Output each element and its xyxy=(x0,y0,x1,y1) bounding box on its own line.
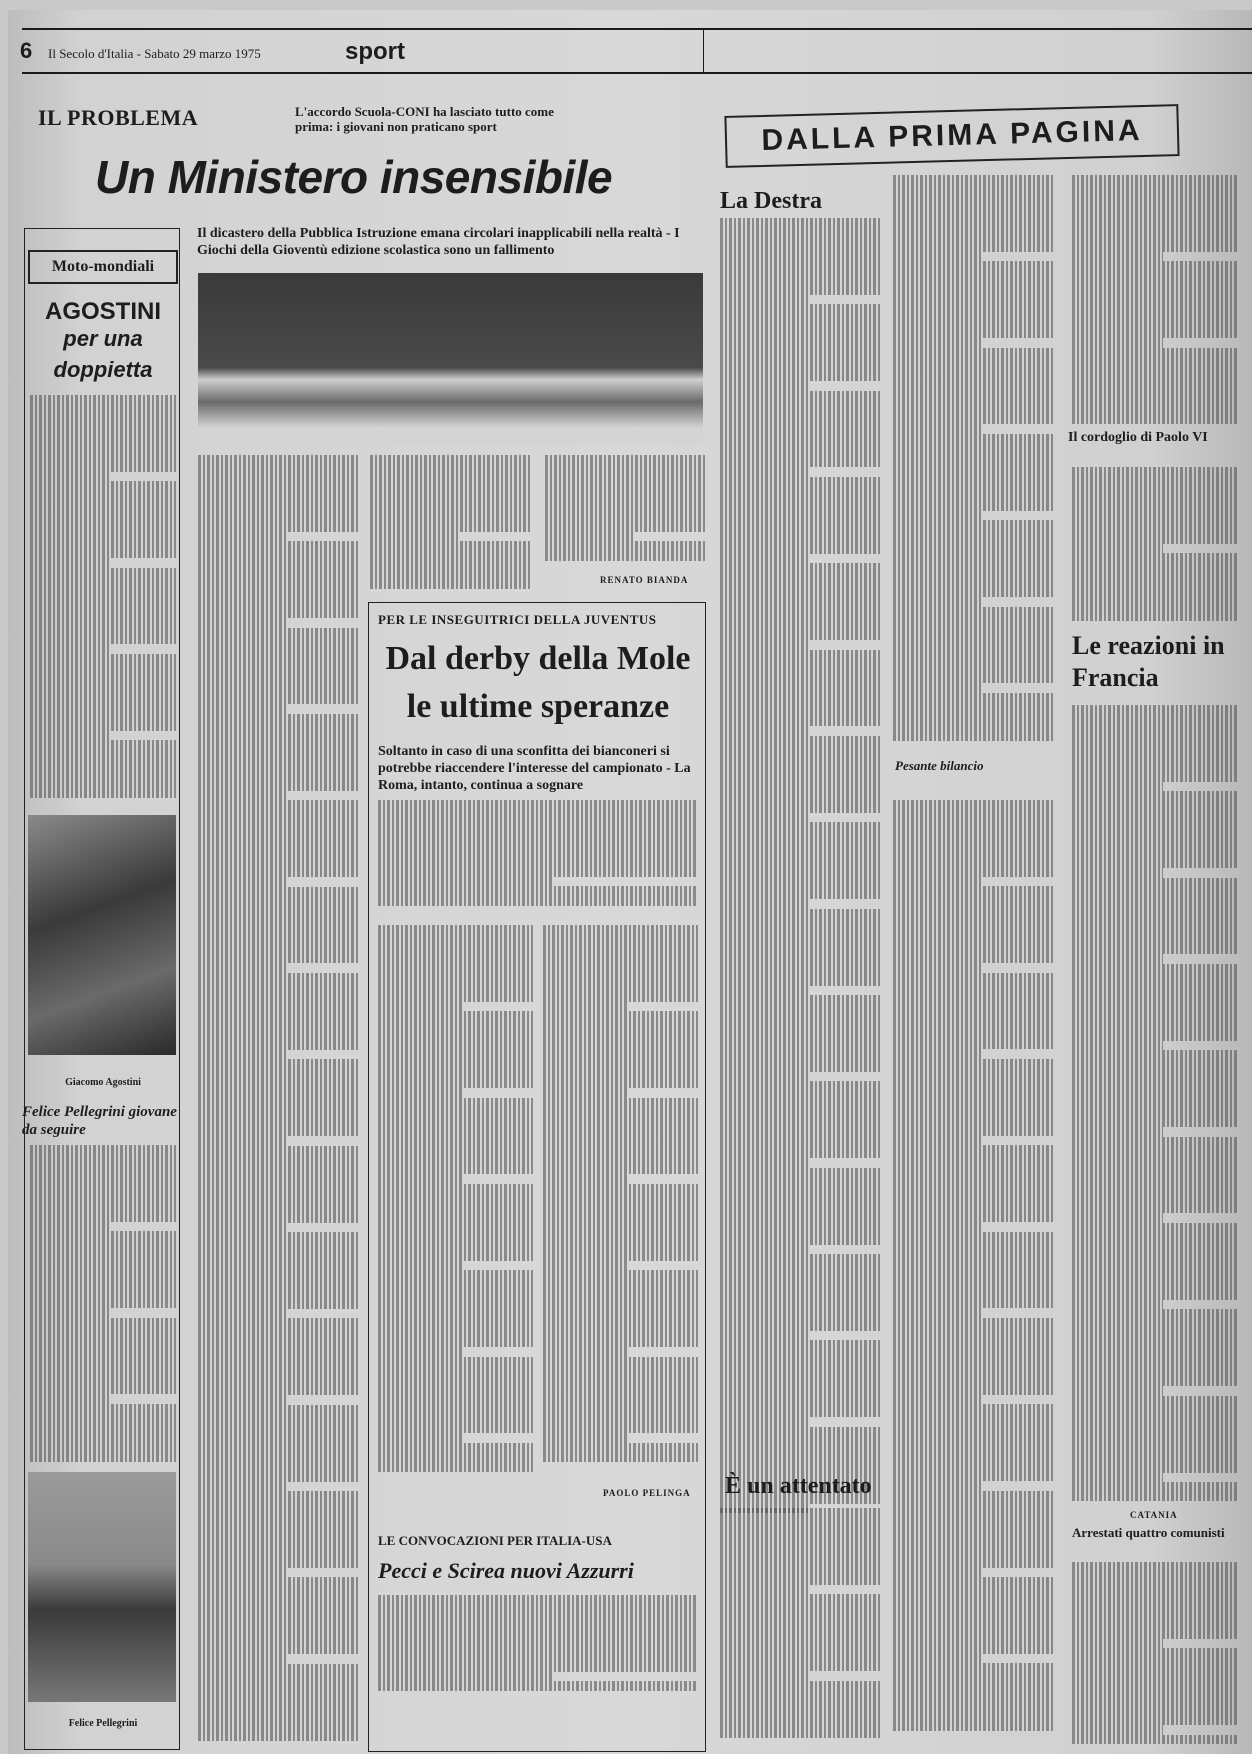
sidebar-body-text xyxy=(30,395,176,805)
juventus-headline-2: le ultime speranze xyxy=(370,688,706,726)
cordoglio-body xyxy=(1072,467,1237,627)
juventus-lead-text xyxy=(378,800,698,915)
azzurri-kicker: LE CONVOCAZIONI PER ITALIA-USA xyxy=(378,1533,612,1549)
pellegrini-photo xyxy=(28,1472,176,1702)
publication-date: Il Secolo d'Italia - Sabato 29 marzo 197… xyxy=(48,46,261,62)
article-cordoglio-head: Il cordoglio di Paolo VI xyxy=(1068,430,1238,446)
juventus-body-col1 xyxy=(378,925,533,1480)
pesante-bilancio-body xyxy=(893,800,1055,1740)
article-pesante-bilancio-head: Pesante bilancio xyxy=(895,758,1015,774)
page-number: 6 xyxy=(20,38,32,64)
right-col-body-1 xyxy=(1072,175,1237,425)
attentato-body xyxy=(720,1508,880,1743)
sidebar-headline-2: per una xyxy=(28,326,178,352)
header-rule xyxy=(22,72,1252,74)
catania-dateline: CATANIA xyxy=(1130,1510,1178,1520)
main-body-col1 xyxy=(198,455,358,1745)
sidebar-subhead: Felice Pellegrini giovane da seguire xyxy=(22,1103,178,1139)
main-body-col2 xyxy=(370,455,530,595)
juventus-kicker: PER LE INSEGUITRICI DELLA JUVENTUS xyxy=(378,612,657,628)
main-body-col3 xyxy=(545,455,705,565)
sidebar-headline-3: doppietta xyxy=(28,357,178,383)
photo2-caption: Felice Pellegrini xyxy=(28,1718,178,1729)
arrestati-body xyxy=(1072,1562,1237,1747)
article-reazioni-head: Le reazioni in Francia xyxy=(1072,630,1242,694)
sidebar-body-text-2 xyxy=(30,1145,176,1465)
azzurri-body-text xyxy=(378,1595,698,1695)
la-destra-col2 xyxy=(893,175,1055,745)
students-photo xyxy=(198,273,703,445)
main-subkicker: L'accordo Scuola-CONI ha lasciato tutto … xyxy=(295,104,595,134)
article-arrestati-head: Arrestati quattro comunisti xyxy=(1072,1525,1242,1541)
main-deck: Il dicastero della Pubblica Istruzione e… xyxy=(197,225,707,259)
front-page-banner-text: DALLA PRIMA PAGINA xyxy=(726,106,1177,166)
main-byline: RENATO BIANDA xyxy=(600,575,688,585)
section-title: sport xyxy=(345,38,405,66)
article-la-destra-head: La Destra xyxy=(720,188,822,214)
header-divider xyxy=(703,30,704,72)
azzurri-headline: Pecci e Scirea nuovi Azzurri xyxy=(378,1558,634,1584)
juventus-byline: PAOLO PELINGA xyxy=(603,1488,691,1498)
juventus-body-col2 xyxy=(543,925,698,1470)
juventus-headline-1: Dal derby della Mole xyxy=(370,640,706,678)
juventus-deck: Soltanto in caso di una sconfitta dei bi… xyxy=(378,743,698,794)
main-kicker: IL PROBLEMA xyxy=(38,105,198,131)
la-destra-col1 xyxy=(720,218,880,1518)
top-rule xyxy=(22,28,1252,30)
sidebar-headline-1: AGOSTINI xyxy=(28,298,178,326)
reazioni-body xyxy=(1072,705,1237,1505)
article-attentato-head: È un attentato xyxy=(725,1473,872,1499)
sidebar-label-box: Moto-mondiali xyxy=(28,250,178,284)
photo1-caption: Giacomo Agostini xyxy=(28,1077,178,1088)
sidebar-label: Moto-mondiali xyxy=(30,252,176,282)
agostini-photo xyxy=(28,815,176,1055)
main-headline: Un Ministero insensibile xyxy=(95,150,612,204)
